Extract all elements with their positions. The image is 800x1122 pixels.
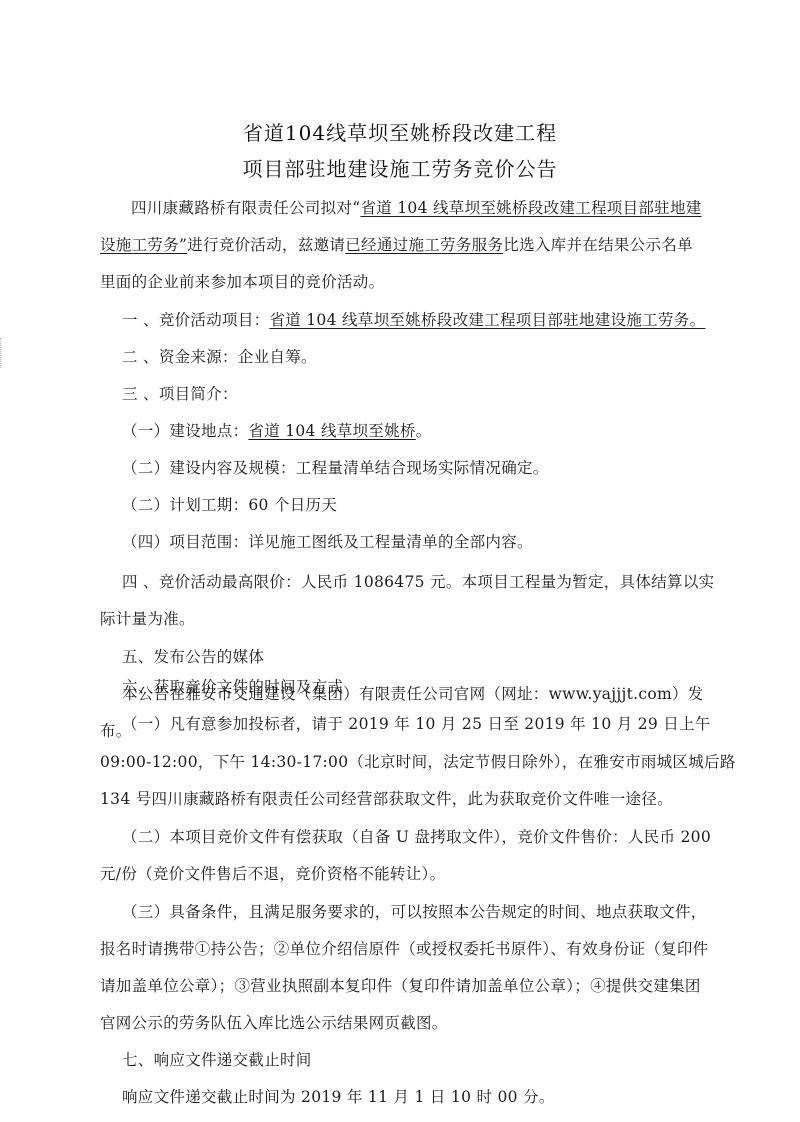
project-name-underlined-cont: 设施工劳务” bbox=[100, 236, 187, 254]
intro-text: 四川康藏路桥有限责任公司拟对“ bbox=[131, 199, 360, 217]
section-3-item-4: （四）项目范围：详见施工图纸及工程量清单的全部内容。 bbox=[100, 530, 732, 552]
section-6-p3-line-3: 请加盖单位公章）；③营业执照副本复印件（复印件请加盖单位公章）；④提供交建集团 bbox=[100, 974, 710, 996]
section-3-heading: 三 、项目简介： bbox=[100, 382, 732, 404]
section-6-p2-line-2: 元/份（竞价文件售后不退，竞价资格不能转让）。 bbox=[100, 862, 710, 884]
scan-artifact bbox=[0, 338, 2, 368]
item-end: 。 bbox=[416, 422, 432, 440]
section-3-item-1: （一）建设地点：省道 104 线草坝至姚桥。 bbox=[100, 419, 732, 441]
project-name-underlined: 省道 104 线草坝至姚桥段改建工程项目部驻地建 bbox=[360, 199, 701, 217]
intro-line-1: 四川康藏路桥有限责任公司拟对“省道 104 线草坝至姚桥段改建工程项目部驻地建 bbox=[100, 196, 741, 218]
section-6-p3-line-4: 官网公示的劳务队伍入库比选公示结果网页截图。 bbox=[100, 1011, 710, 1033]
title-line-2: 项目部驻地建设施工劳务竞价公告 bbox=[0, 153, 800, 182]
section-3-item-2: （二）建设内容及规模：工程量清单结合现场实际情况确定。 bbox=[100, 456, 732, 478]
section-4-line-2: 际计量为准。 bbox=[100, 607, 710, 629]
section-1-value: 省道 104 线草坝至姚桥段改建工程项目部驻地建设施工劳务。 bbox=[269, 311, 705, 329]
qualification-underlined: 已经通过施工劳务服务 bbox=[345, 236, 503, 254]
item-value: 省道 104 线草坝至姚桥 bbox=[248, 422, 415, 440]
intro-line-3: 里面的企业前来参加本项目的竞价活动。 bbox=[100, 270, 710, 292]
section-7-heading: 七、响应文件递交截止时间 bbox=[100, 1048, 732, 1070]
title-line-1: 省道104线草坝至姚桥段改建工程 bbox=[0, 117, 800, 146]
intro-text: 进行竞价活动，兹邀请 bbox=[187, 236, 345, 254]
section-6-p3-line-2: 报名时请携带①持公告；②单位介绍信原件（或授权委托书原件）、有效身份证（复印件 bbox=[100, 937, 710, 959]
section-6-p1-line-2: 09:00-12:00，下午 14:30-17:00（北京时间，法定节假日除外）… bbox=[100, 750, 710, 772]
intro-text: 比选入库并在结果公示名单 bbox=[503, 236, 693, 254]
intro-line-2: 设施工劳务”进行竞价活动，兹邀请已经通过施工劳务服务比选入库并在结果公示名单 bbox=[100, 233, 710, 255]
section-7-line-1: 响应文件递交截止时间为 2019 年 11 月 1 日 10 时 00 分。 bbox=[100, 1085, 732, 1107]
section-6-p3-line-1: （三）具备条件，且满足服务要求的，可以按照本公告规定的时间、地点获取文件， bbox=[100, 900, 732, 922]
section-6-heading: 六、获取竞价文件的时间及方式 bbox=[100, 675, 732, 697]
document-page: 省道104线草坝至姚桥段改建工程 项目部驻地建设施工劳务竞价公告 四川康藏路桥有… bbox=[0, 0, 800, 1122]
section-6-p2-line-1: （二）本项目竞价文件有偿获取（自备 U 盘拷取文件），竞价文件售价：人民币 20… bbox=[100, 825, 732, 847]
section-6-p1-line-3: 134 号四川康藏路桥有限责任公司经营部获取文件，此为获取竞价文件唯一途径。 bbox=[100, 787, 710, 809]
section-1-label: 一 、竞价活动项目： bbox=[122, 311, 269, 329]
item-label: （一）建设地点： bbox=[122, 422, 248, 440]
section-2: 二 、资金来源：企业自筹。 bbox=[100, 345, 732, 367]
section-6-p1-line-1: （一）凡有意参加投标者，请于 2019 年 10 月 25 日至 2019 年 … bbox=[100, 712, 732, 734]
section-5-heading: 五、发布公告的媒体 bbox=[100, 645, 732, 667]
section-1: 一 、竞价活动项目：省道 104 线草坝至姚桥段改建工程项目部驻地建设施工劳务。 bbox=[100, 308, 732, 330]
section-4-line-1: 四 、竞价活动最高限价：人民币 1086475 元。本项目工程量为暂定，具体结算… bbox=[100, 570, 732, 592]
section-3-item-3: （二）计划工期：60 个日历天 bbox=[100, 493, 732, 515]
